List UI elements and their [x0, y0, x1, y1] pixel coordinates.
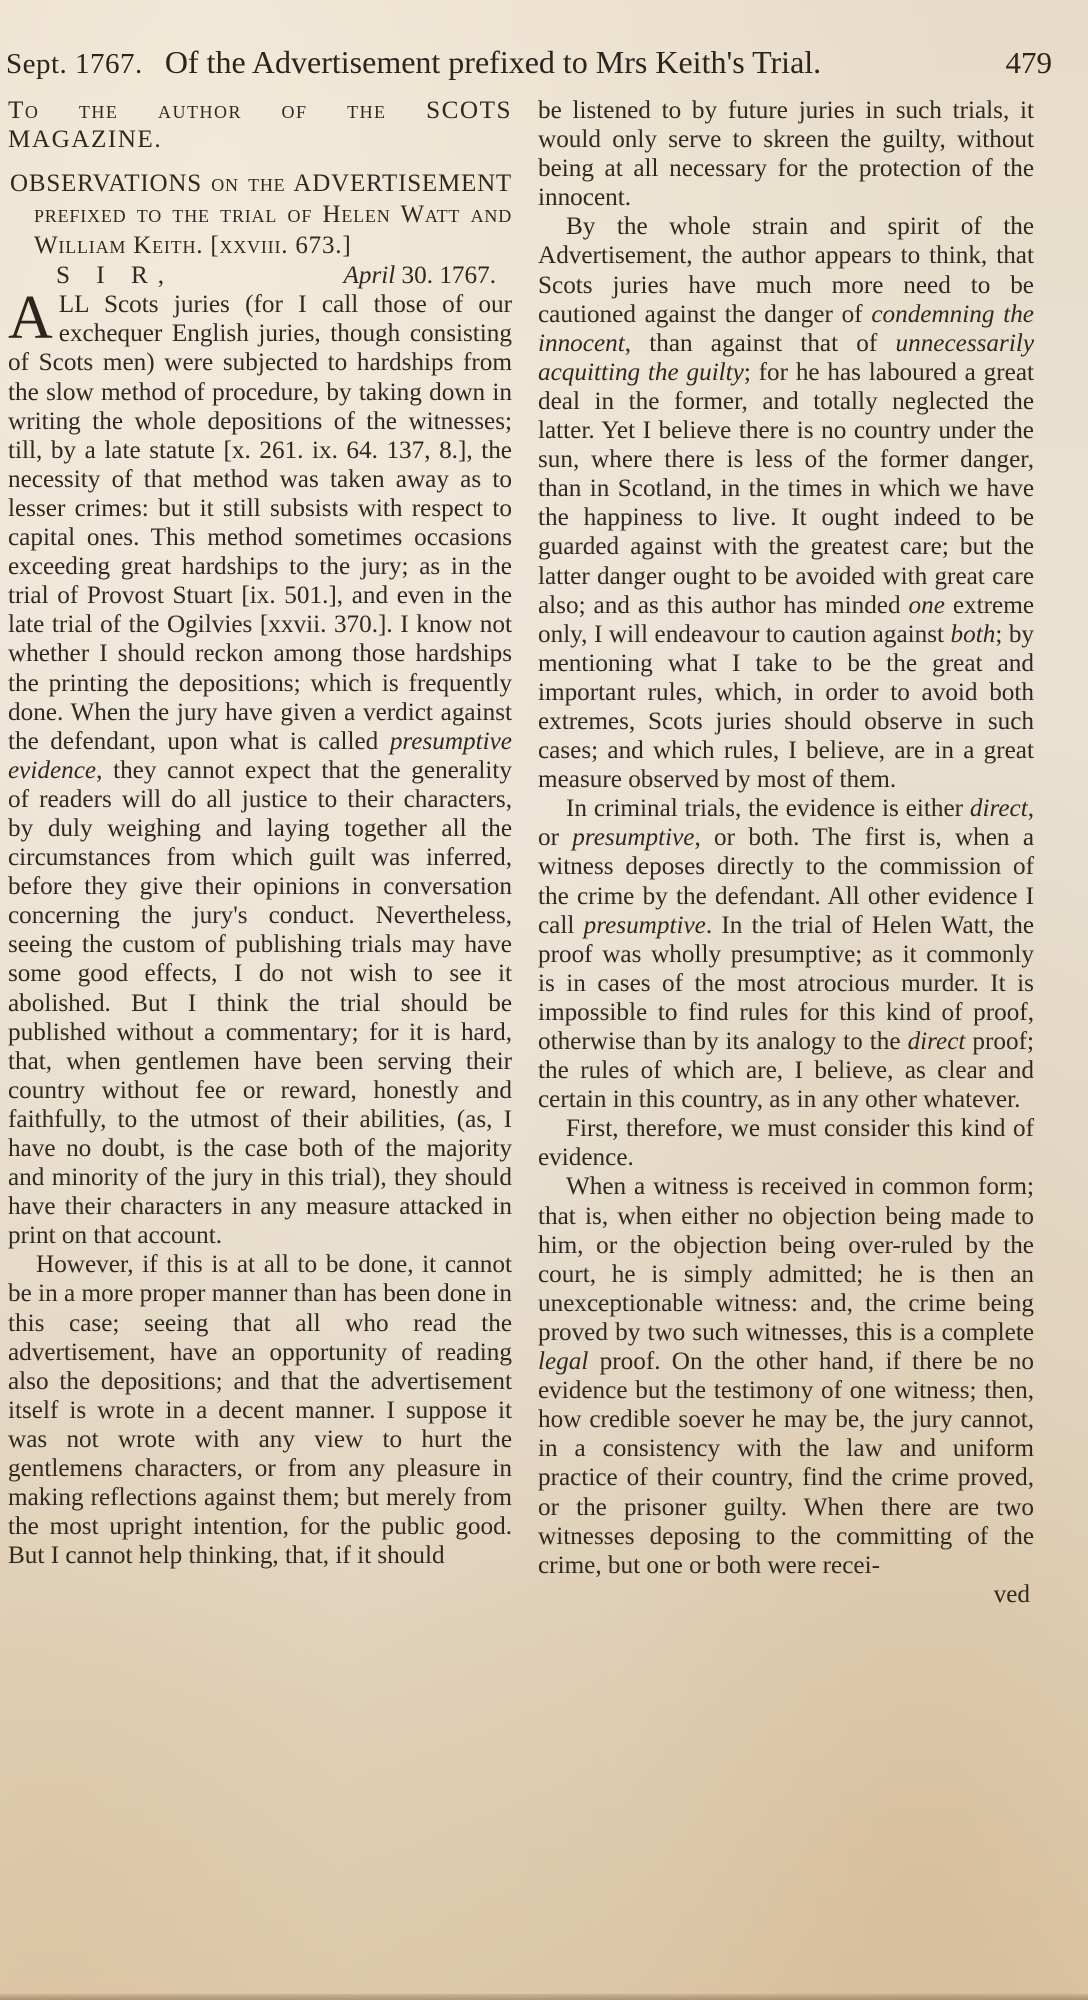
paragraph-1-text-b: , they cannot expect that the generality… — [8, 757, 512, 1250]
right-column: be listened to by future juries in such … — [538, 96, 1034, 1609]
paragraph-1: ALL Scots juries (for I call those of ou… — [8, 290, 512, 1250]
running-header: Sept. 1767. Of the Advertisement prefixe… — [6, 44, 1066, 94]
paragraph-advertisement-strain: By the whole strain and spirit of the Ad… — [538, 212, 1034, 794]
paragraph-2: However, if this is at all to be done, i… — [8, 1250, 512, 1570]
salutation: S I R, — [56, 261, 174, 290]
magazine-page: Sept. 1767. Of the Advertisement prefixe… — [0, 0, 1088, 2000]
text-b: proof. On the other hand, if there be no… — [538, 1348, 1034, 1579]
italic-3: presumptive — [584, 912, 706, 939]
italic-4: both — [951, 621, 996, 648]
letter-date-month: April — [343, 262, 395, 289]
letter-date-day-year: 30. 1767. — [402, 262, 496, 289]
paragraph-criminal-trials: In criminal trials, the evidence is eith… — [538, 794, 1034, 1114]
italic-1: direct — [970, 795, 1028, 822]
salutation-line: S I R, April 30. 1767. — [8, 261, 512, 290]
text-a: When a witness is received in common for… — [538, 1173, 1034, 1345]
catchword: ved — [538, 1580, 1034, 1609]
header-date: Sept. 1767. — [6, 48, 143, 81]
paragraph-witness-received: When a witness is received in common for… — [538, 1172, 1034, 1579]
drop-cap: A — [8, 293, 53, 343]
text-b: , than against that of — [625, 330, 896, 357]
paragraph-first-therefore: First, therefore, we must consider this … — [538, 1114, 1034, 1172]
left-column: To the author of the SCOTS MAGAZINE. OBS… — [8, 96, 512, 1570]
header-title: Of the Advertisement prefixed to Mrs Kei… — [165, 44, 1006, 81]
paragraph-continued: be listened to by future juries in such … — [538, 96, 1034, 212]
paragraph-1-text-a: LL Scots juries (for I call those of our… — [8, 291, 512, 754]
text-c: ; for he has laboured a great deal in th… — [538, 359, 1034, 619]
text-a: In criminal trials, the evidence is eith… — [566, 795, 970, 822]
page-number: 479 — [1006, 45, 1053, 81]
observations-title: OBSERVATIONS on the ADVERTISEMENT prefix… — [8, 168, 512, 261]
italic-3: one — [909, 592, 945, 619]
page-bottom-edge — [0, 1994, 1088, 2000]
italic-2: presumptive — [572, 824, 694, 851]
address-line: To the author of the SCOTS MAGAZINE. — [8, 96, 512, 154]
italic-1: legal — [538, 1348, 588, 1375]
letter-date: April 30. 1767. — [343, 261, 496, 290]
italic-4: direct — [908, 1028, 966, 1055]
